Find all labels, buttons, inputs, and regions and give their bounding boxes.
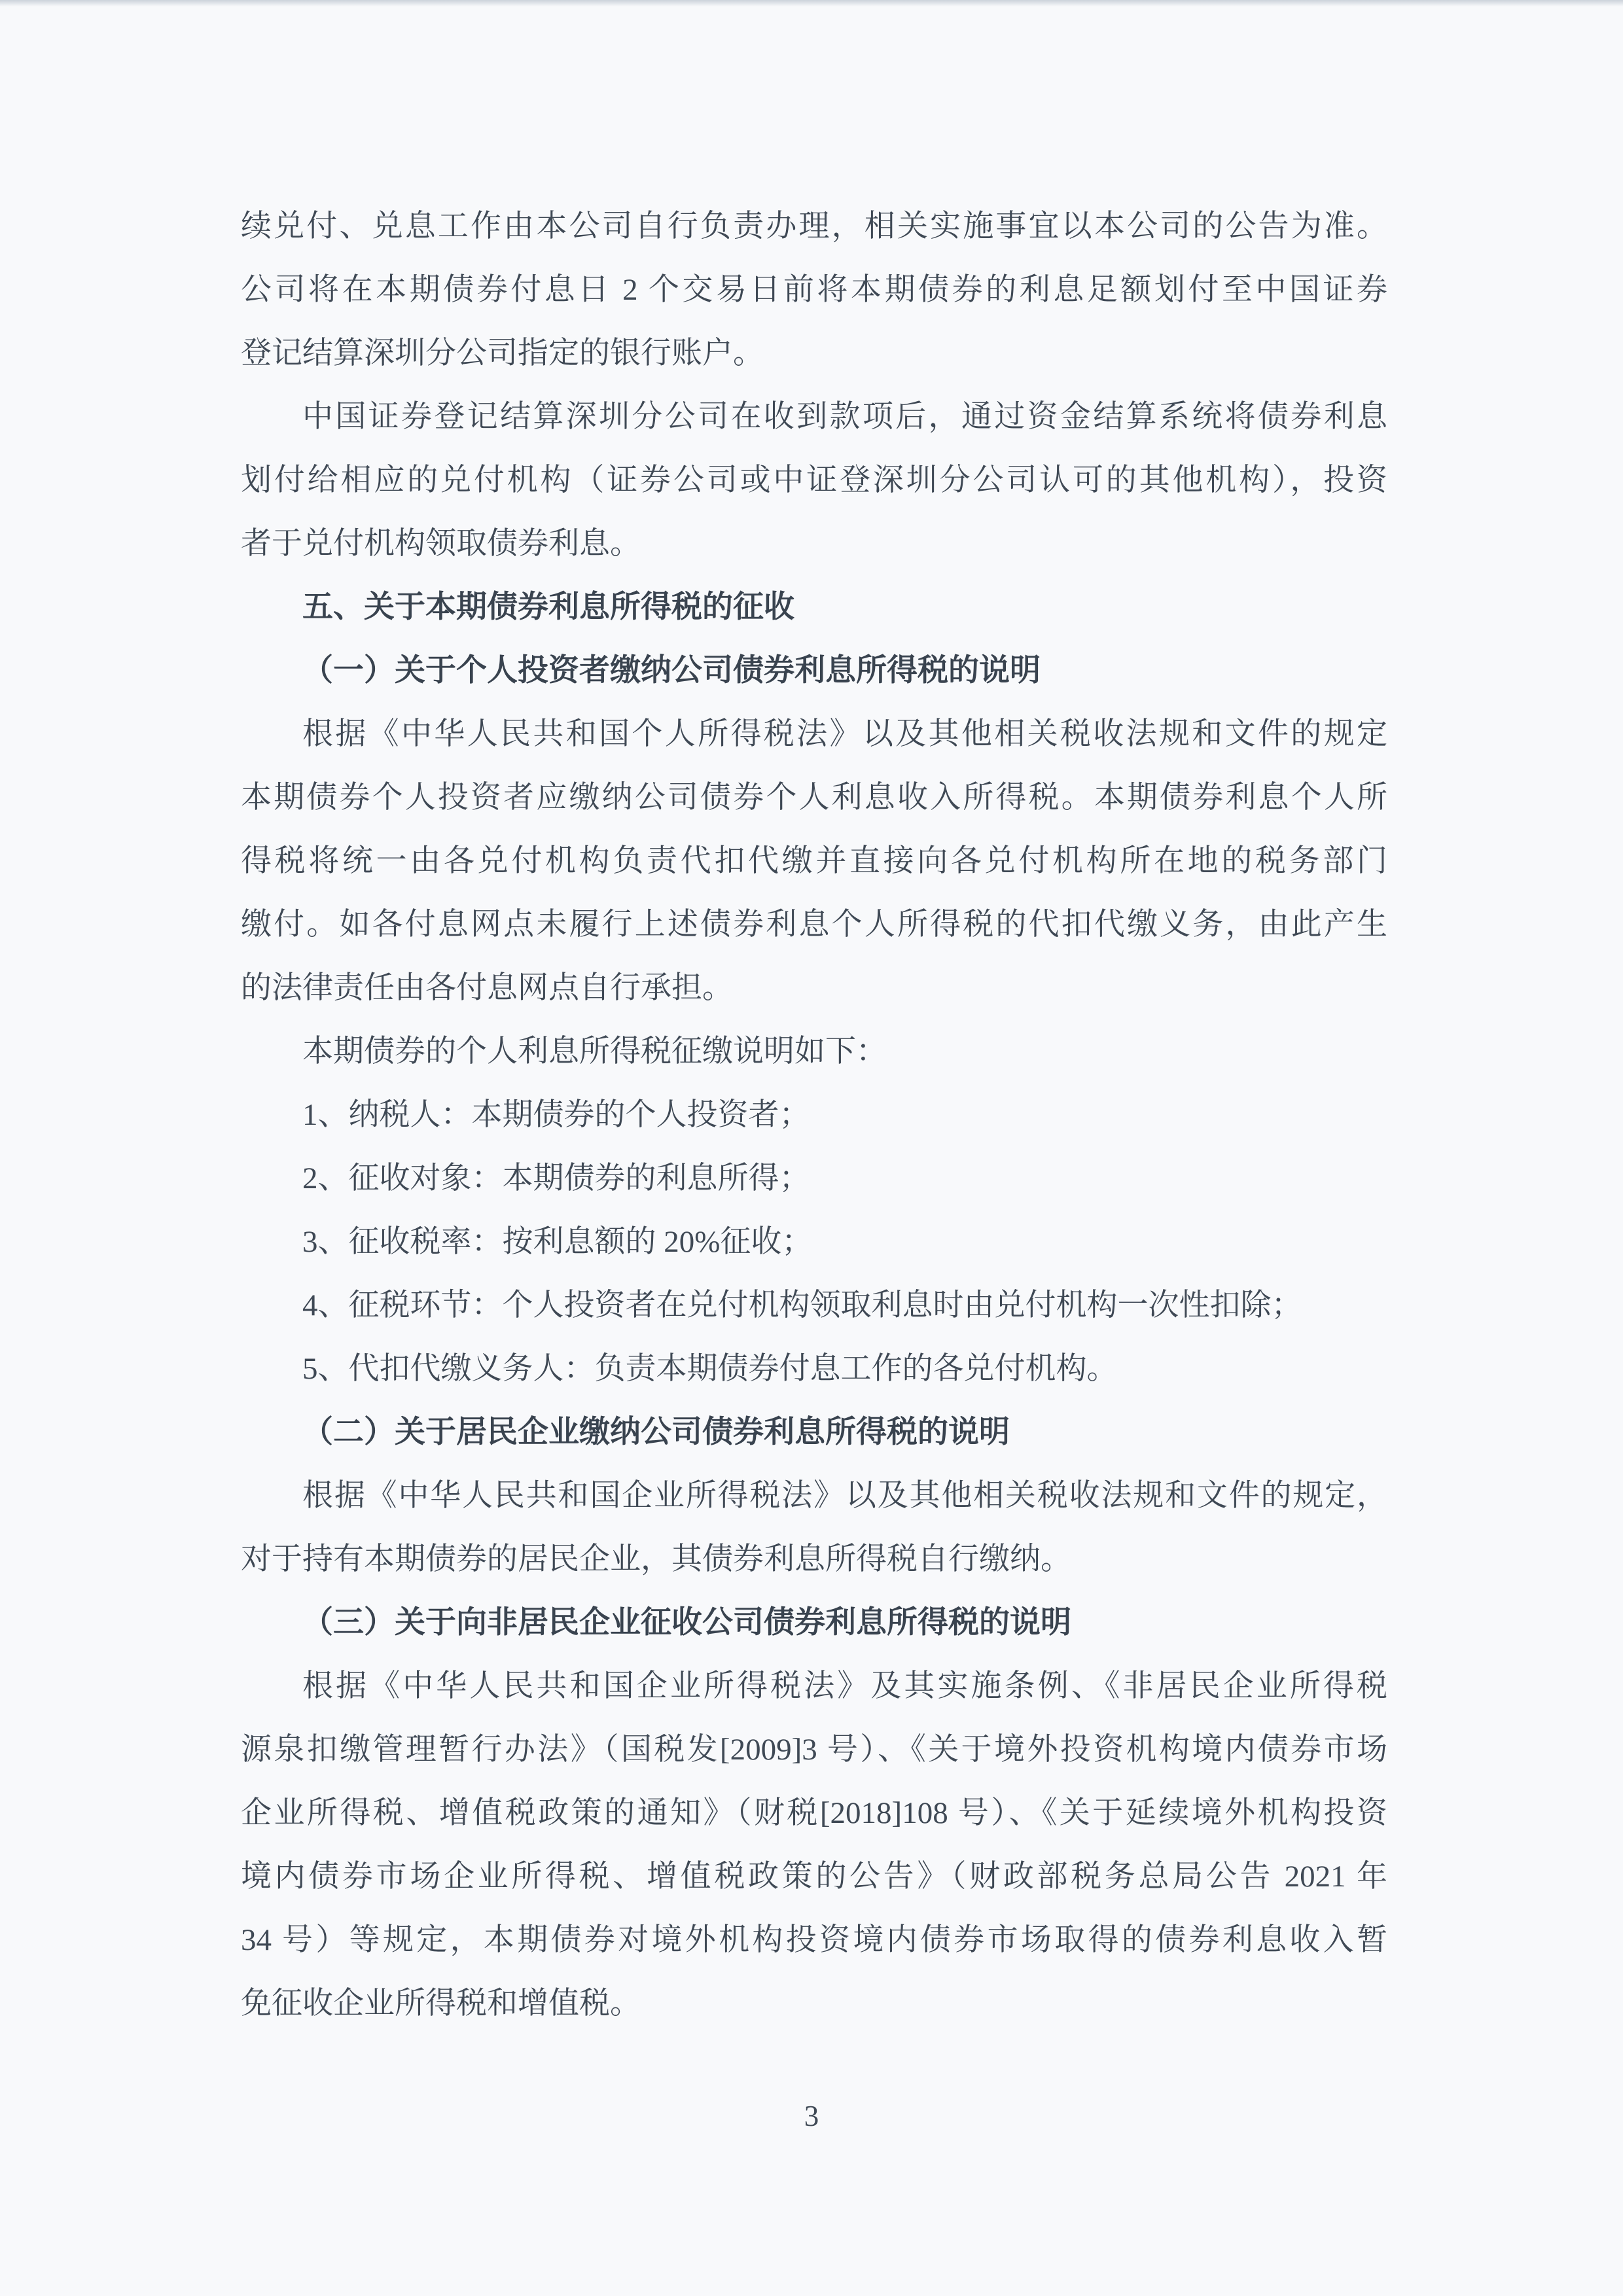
paragraph-line: 企业所得税、增值税政策的通知》（财税[2018]108 号）、《关于延续境外机构… — [241, 1782, 1387, 1845]
page-number: 3 — [0, 2085, 1623, 2148]
paragraph-line: 登记结算深圳分公司指定的银行账户。 — [241, 322, 1387, 385]
paragraph-line: 公司将在本期债券付息日 2 个交易日前将本期债券的利息足额划付至中国证券 — [241, 258, 1387, 322]
paragraph-line: 者于兑付机构领取债券利息。 — [241, 512, 1387, 576]
paragraph-line: 34 号）等规定，本期债券对境外机构投资境内债券市场取得的债券利息收入暂 — [241, 1909, 1387, 1972]
paragraph-line: 对于持有本期债券的居民企业，其债券利息所得税自行缴纳。 — [241, 1528, 1387, 1591]
paragraph-line: 1、纳税人：本期债券的个人投资者； — [241, 1084, 1387, 1147]
paragraph-line: 本期债券的个人利息所得税征缴说明如下： — [241, 1020, 1387, 1084]
section-heading-line: 五、关于本期债券利息所得税的征收 — [241, 576, 1387, 639]
section-heading-line: （二）关于居民企业缴纳公司债券利息所得税的说明 — [241, 1401, 1387, 1464]
paragraph-line: 源泉扣缴管理暂行办法》（国税发[2009]3 号）、《关于境外投资机构境内债券市… — [241, 1718, 1387, 1782]
paragraph-line: 得税将统一由各兑付机构负责代扣代缴并直接向各兑付机构所在地的税务部门 — [241, 830, 1387, 893]
section-heading-line: （三）关于向非居民企业征收公司债券利息所得税的说明 — [241, 1591, 1387, 1655]
paragraph-line: 2、征收对象：本期债券的利息所得； — [241, 1147, 1387, 1210]
paragraph-line: 境内债券市场企业所得税、增值税政策的公告》（财政部税务总局公告 2021 年 — [241, 1845, 1387, 1909]
paragraph-line: 免征收企业所得税和增值税。 — [241, 1972, 1387, 2036]
paragraph-line: 根据《中华人民共和国企业所得税法》及其实施条例、《非居民企业所得税 — [241, 1655, 1387, 1718]
paragraph-line: 的法律责任由各付息网点自行承担。 — [241, 957, 1387, 1020]
paragraph-line: 5、代扣代缴义务人：负责本期债券付息工作的各兑付机构。 — [241, 1337, 1387, 1401]
document-page: 续兑付、兑息工作由本公司自行负责办理，相关实施事宜以本公司的公告为准。公司将在本… — [0, 0, 1623, 2296]
paragraph-line: 3、征收税率：按利息额的 20%征收； — [241, 1210, 1387, 1274]
paragraph-line: 本期债券个人投资者应缴纳公司债券个人利息收入所得税。本期债券利息个人所 — [241, 766, 1387, 830]
paragraph-line: 中国证券登记结算深圳分公司在收到款项后，通过资金结算系统将债券利息 — [241, 385, 1387, 449]
scan-artifact-top-edge — [0, 0, 1623, 7]
paragraph-line: 根据《中华人民共和国企业所得税法》以及其他相关税收法规和文件的规定， — [241, 1464, 1387, 1528]
paragraph-line: 划付给相应的兑付机构（证券公司或中证登深圳分公司认可的其他机构），投资 — [241, 449, 1387, 512]
document-body: 续兑付、兑息工作由本公司自行负责办理，相关实施事宜以本公司的公告为准。公司将在本… — [241, 195, 1387, 2036]
paragraph-line: 缴付。如各付息网点未履行上述债券利息个人所得税的代扣代缴义务，由此产生 — [241, 893, 1387, 957]
paragraph-line: 续兑付、兑息工作由本公司自行负责办理，相关实施事宜以本公司的公告为准。 — [241, 195, 1387, 258]
paragraph-line: 根据《中华人民共和国个人所得税法》以及其他相关税收法规和文件的规定 — [241, 703, 1387, 766]
section-heading-line: （一）关于个人投资者缴纳公司债券利息所得税的说明 — [241, 639, 1387, 703]
paragraph-line: 4、征税环节：个人投资者在兑付机构领取利息时由兑付机构一次性扣除； — [241, 1274, 1387, 1337]
